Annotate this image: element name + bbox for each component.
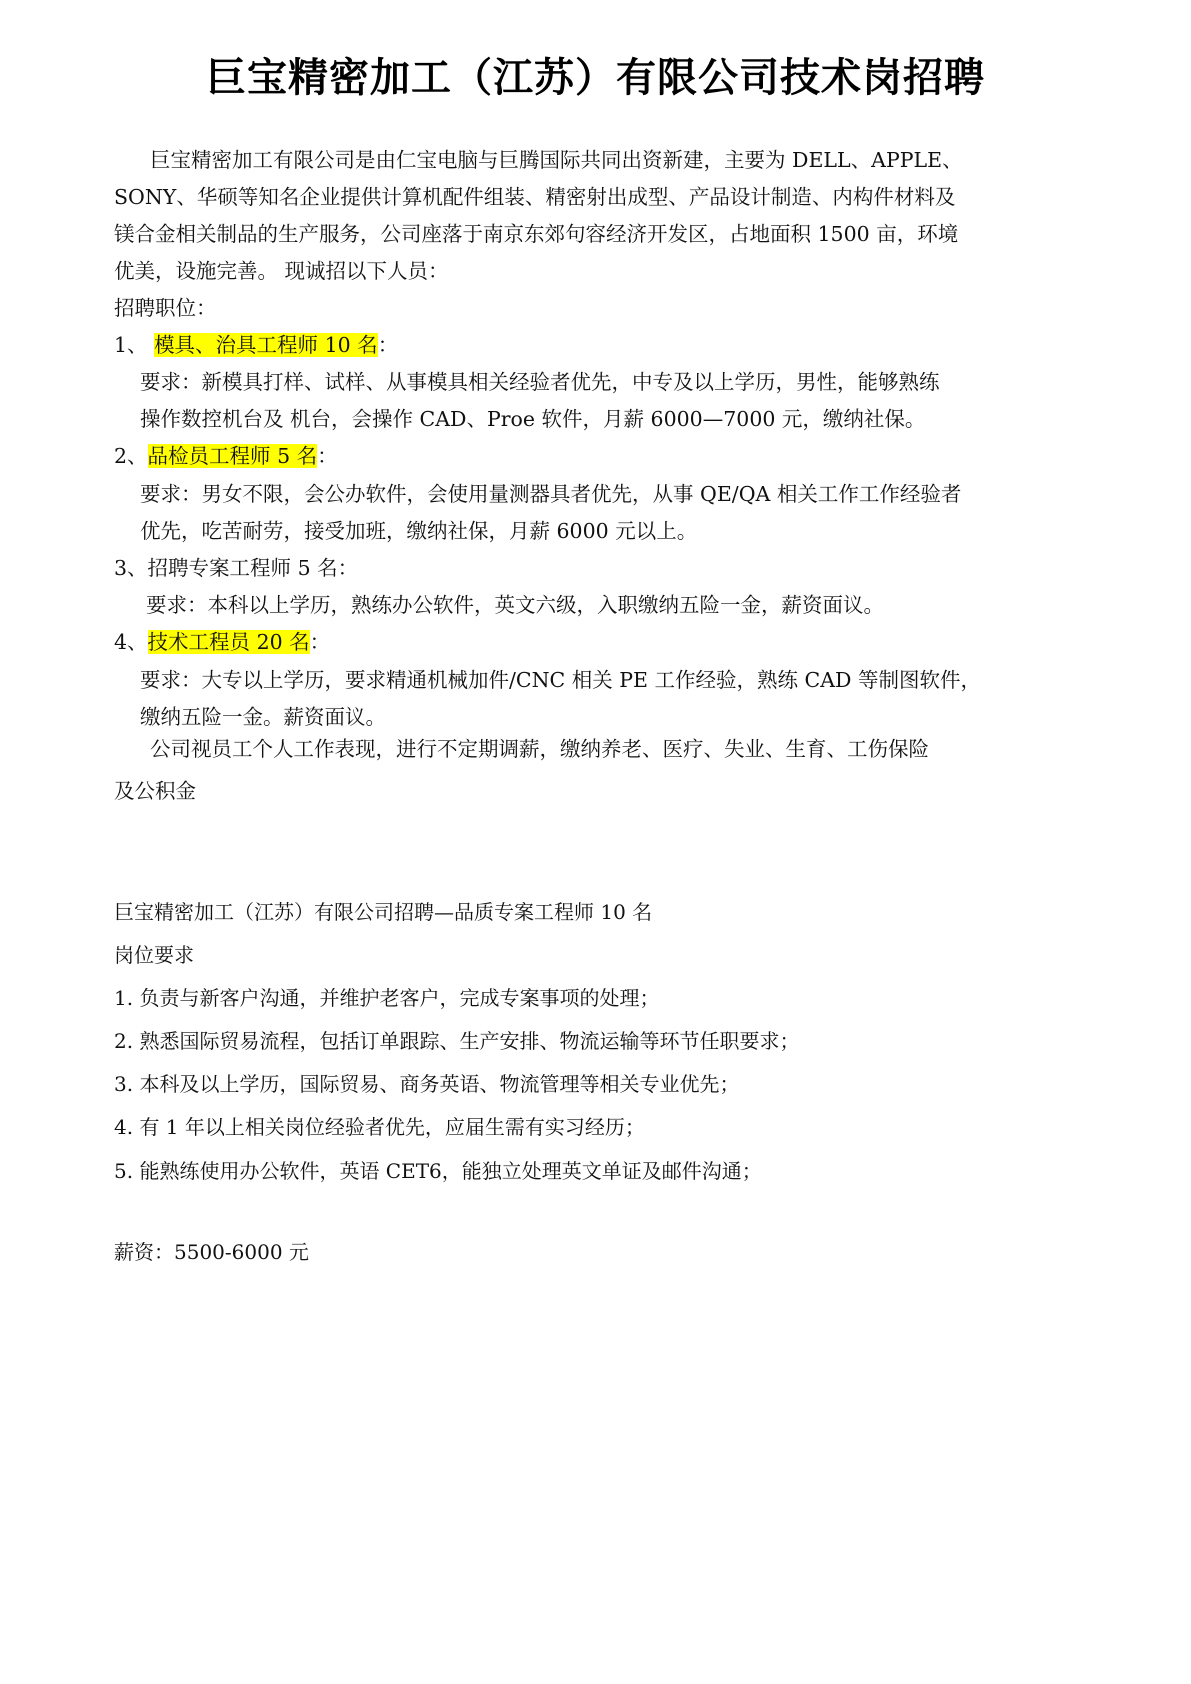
intro-line: 巨宝精密加工有限公司是由仁宝电脑与巨腾国际共同出资新建，主要为 DELL、APP… [150,146,963,174]
position-title: 模具、治具工程师 10 名 [154,333,378,357]
colon: ： [310,630,331,654]
position-heading: 2、品检员工程师 5 名： [114,442,338,470]
colon: ： [378,333,399,357]
position-heading: 3、招聘专案工程师 5 名： [114,554,358,582]
position-title: 技术工程员 20 名 [148,630,310,654]
position-requirement: 要求：男女不限，会公办软件，会使用量测器具者优先，从事 QE/QA 相关工作工作… [140,480,961,508]
requirement-item: 3. 本科及以上学历，国际贸易、商务英语、物流管理等相关专业优先； [114,1070,739,1098]
position-heading: 4、技术工程员 20 名： [114,628,330,656]
requirement-item: 1. 负责与新客户沟通，并维护老客户，完成专案事项的处理； [114,984,659,1012]
position-requirement: 要求：新模具打样、试样、从事模具相关经验者优先，中专及以上学历，男性，能够熟练 [140,368,940,396]
position-requirement: 操作数控机台及 机台，会操作 CAD、Proe 软件，月薪 6000—7000 … [140,405,925,433]
position-requirement: 要求：大专以上学历，要求精通机械加件/CNC 相关 PE 工作经验，熟练 CAD… [140,666,981,694]
position-number: 3、 [114,556,148,580]
position-number: 2、 [114,444,148,468]
section2-subheading: 岗位要求 [114,941,194,969]
salary-line: 薪资：5500-6000 元 [114,1238,309,1266]
benefits-line: 及公积金 [114,777,196,805]
position-requirement: 要求：本科以上学历，熟练办公软件，英文六级，入职缴纳五险一金，薪资面议。 [146,591,884,619]
position-title: 招聘专案工程师 5 名 [148,556,338,580]
benefits-line: 公司视员工个人工作表现，进行不定期调薪，缴纳养老、医疗、失业、生育、工伤保险 [150,735,929,763]
requirement-item: 4. 有 1 年以上相关岗位经验者优先，应届生需有实习经历； [114,1113,645,1141]
positions-label: 招聘职位： [114,294,217,322]
position-requirement: 优先，吃苦耐劳，接受加班，缴纳社保，月薪 6000 元以上。 [140,517,697,545]
page-title: 巨宝精密加工（江苏）有限公司技术岗招聘 [0,46,1191,103]
requirement-item: 5. 能熟练使用办公软件，英语 CET6，能独立处理英文单证及邮件沟通； [114,1157,762,1185]
intro-line: 镁合金相关制品的生产服务，公司座落于南京东郊句容经济开发区，占地面积 1500 … [114,220,958,248]
position-number: 4、 [114,630,148,654]
requirement-item: 2. 熟悉国际贸易流程，包括订单跟踪、生产安排、物流运输等环节任职要求； [114,1027,799,1055]
position-number: 1、 [114,333,154,357]
colon: ： [338,556,359,580]
colon: ： [317,444,338,468]
section2-heading: 巨宝精密加工（江苏）有限公司招聘—品质专案工程师 10 名 [114,898,652,926]
position-heading: 1、 模具、治具工程师 10 名： [114,331,398,359]
position-title: 品检员工程师 5 名 [148,444,318,468]
position-requirement: 缴纳五险一金。薪资面议。 [140,703,386,731]
intro-line: 优美，设施完善。 现诚招以下人员： [114,257,449,285]
intro-line: SONY、华硕等知名企业提供计算机配件组装、精密射出成型、产品设计制造、内构件材… [114,183,955,211]
